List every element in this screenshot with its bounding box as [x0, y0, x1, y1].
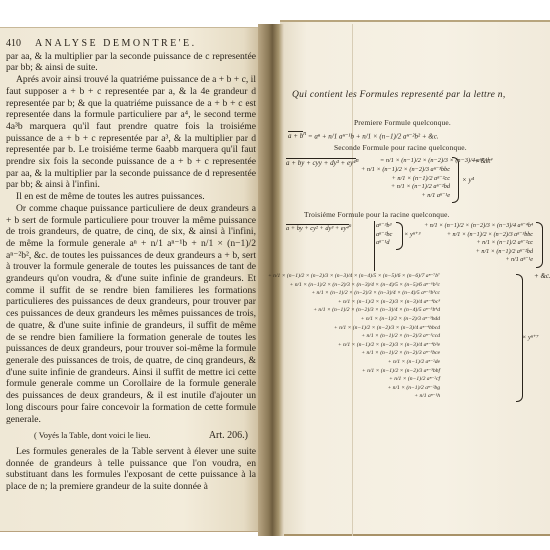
caption-first-formula: Premiere Formule quelconque. — [354, 119, 451, 127]
formula-3-lhs-group: a + by + cy² + dy³ + ey⁴n — [286, 222, 351, 233]
formula-row: + n/1 aⁿ⁻¹h — [268, 392, 440, 401]
formula-row: + n/1 × (n−1)/2 × (n−2)/3 aⁿ⁻³bdd — [268, 315, 440, 324]
formula-2-lhs-group: a + by + cyy + dy³ + ey⁴n — [286, 157, 359, 168]
formula-3-left-group: aⁿ⁻³b³ aⁿ⁻²bc aⁿ⁻¹d — [376, 222, 392, 248]
formula-3-lhs: a + by + cy² + dy³ + ey⁴ — [286, 224, 349, 232]
formula-row: + n/1 × (n−1)/2 aⁿ⁻²bd — [361, 183, 450, 192]
open-book: 410 ANALYSE DEMONTRE'E. par aa, & la mul… — [0, 24, 550, 536]
formula-3-exponent: n — [349, 223, 352, 229]
formula-row: + n/1 × (n−1)/2 × (n−2)/3 × (n−3)/4 aⁿ⁻⁴… — [268, 341, 440, 350]
formula-row: + n/1 × (n−1)/2 × (n−2)/3 aⁿ⁻³bce — [268, 349, 440, 358]
formula-3-right-brace — [536, 222, 543, 268]
formula-row: + n/1 × (n−1)/2 aⁿ⁻²cc — [424, 239, 533, 248]
paragraph: Aprés avoir ainsi trouvé la quatriéme pu… — [6, 74, 256, 191]
caption-second-formula: Seconde Formule pour racine quelconque. — [334, 144, 467, 152]
formula-row: + n/1 × (n−1)/2 aⁿ⁻²bg — [268, 384, 440, 393]
running-head: 410 ANALYSE DEMONTRE'E. — [6, 38, 256, 50]
formula-row: + n/1 aⁿ⁻¹e — [361, 192, 450, 201]
formula-row: + n/1 × (n−1)/2 × (n−2)/3 × (n−3)/4 aⁿ⁻⁴… — [268, 324, 440, 333]
reference-note: ( Voyés la Table, dont voici le lieu. Ar… — [34, 430, 248, 442]
formula-row: + n/1 × (n−1)/2 × (n−2)/3 × (n−3)/4 × (n… — [268, 306, 440, 315]
caption-third-formula: Troisiéme Formule pour la racine quelcon… — [304, 211, 450, 219]
page-number: 410 — [6, 38, 21, 50]
formula-row: + n/1 × (n−1)/2 × (n−2)/3 aⁿ⁻³ccd — [268, 332, 440, 341]
formula-2-brace — [452, 157, 459, 203]
formula-1-lhs: a + b — [288, 131, 303, 140]
running-head-title: ANALYSE DEMONTRE'E. — [35, 38, 197, 50]
formula-row: + n/1 × (n−1)/2 × (n−2)/3 × (n−3)/4 aⁿ⁻⁴… — [268, 298, 440, 307]
formula-row: + n/1 × (n−1)/2 × (n−2)/3 aⁿ⁻³bbc — [361, 166, 450, 175]
formula-row: + n/1 × (n−1)/2 × (n−2)/3 × (n−3)/4 × (n… — [268, 281, 440, 290]
formula-row: + n/1 × (n−1)/2 aⁿ⁻²cf — [268, 375, 440, 384]
formula-2-rows: + n/1 × (n−1)/2 × (n−2)/3 aⁿ⁻³bbc + n/1 … — [361, 166, 450, 200]
table-title: Qui contient les Formules representé par… — [292, 91, 506, 99]
formula-1-rhs: = aⁿ + n/1 aⁿ⁻¹b + n/1 × (n−1)/2 aⁿ⁻²b² … — [308, 132, 439, 140]
left-page-text: 410 ANALYSE DEMONTRE'E. par aa, & la mul… — [6, 38, 256, 493]
formula-row: + n/1 × (n−1)/2 × (n−2)/3 aⁿ⁻³bbf — [268, 367, 440, 376]
closing-paragraph: Les formules generales de la Table serve… — [6, 446, 256, 493]
formula-row: aⁿ⁻²bc — [376, 231, 392, 240]
formula-3-left-brace — [396, 222, 403, 250]
formula-row: aⁿ⁻¹d — [376, 239, 392, 248]
formula-1: a + bn = aⁿ + n/1 aⁿ⁻¹b + n/1 × (n−1)/2 … — [288, 130, 439, 141]
formula-row: + n/1 × (n−1)/2 × (n−2)/3 × (n−3)/4 × (n… — [268, 272, 440, 281]
formula-3-right-group: + n/1 × (n−1)/2 × (n−2)/3 × (n−3)/4 aⁿ⁻⁴… — [424, 222, 533, 265]
reference-note-text: ( Voyés la Table, dont voici le lieu. — [34, 430, 150, 442]
formula-row: + n/1 × (n−1)/2 aⁿ⁻²de — [268, 358, 440, 367]
formula-2-lhs: a + by + cyy + dy³ + ey⁴ — [286, 158, 356, 167]
formula-row: + n/1 × (n−1)/2 aⁿ⁻²bd — [424, 248, 533, 257]
paragraph: Or comme chaque puissance particuliere d… — [6, 203, 256, 425]
paragraph: Il en est de même de toutes les autres p… — [6, 191, 256, 203]
reference-article: Art. 206.) — [209, 430, 248, 442]
right-page-text: Qui contient les Formules representé par… — [284, 24, 550, 536]
formula-row: aⁿ⁻³b³ — [376, 222, 392, 231]
formula-3-divider — [374, 221, 375, 271]
formula-row: + n/1 × (n−1)/2 aⁿ⁻²cc — [361, 175, 450, 184]
formula-row: + n/1 × (n−1)/2 × (n−2)/3 aⁿ⁻³bbc — [424, 231, 533, 240]
formula-4-rows: + n/1 × (n−1)/2 × (n−2)/3 × (n−3)/4 × (n… — [268, 272, 440, 401]
formula-4-trailing: + &c. — [534, 272, 550, 280]
formula-2-trailing: + &c. — [474, 157, 491, 165]
formula-3-left-multiplier: × yⁿ⁺³ — [404, 231, 420, 239]
formula-4-multiplier: × yⁿ⁺⁷ — [522, 334, 539, 342]
paragraph: par aa, & la multiplier par la seconde p… — [6, 51, 256, 74]
formula-row: + n/1 × (n−1)/2 × (n−2)/3 × (n−3)/4 aⁿ⁻⁴… — [424, 222, 533, 231]
formula-2-exponent: n — [356, 158, 359, 164]
formula-2-multiplier: × y⁴ — [462, 176, 474, 184]
formula-row: + n/1 aⁿ⁻¹e — [424, 256, 533, 265]
formula-row: + n/1 × (n−1)/2 × (n−2)/3 × (n−3)/4 × (n… — [268, 289, 440, 298]
formula-1-exponent: n — [303, 131, 306, 137]
